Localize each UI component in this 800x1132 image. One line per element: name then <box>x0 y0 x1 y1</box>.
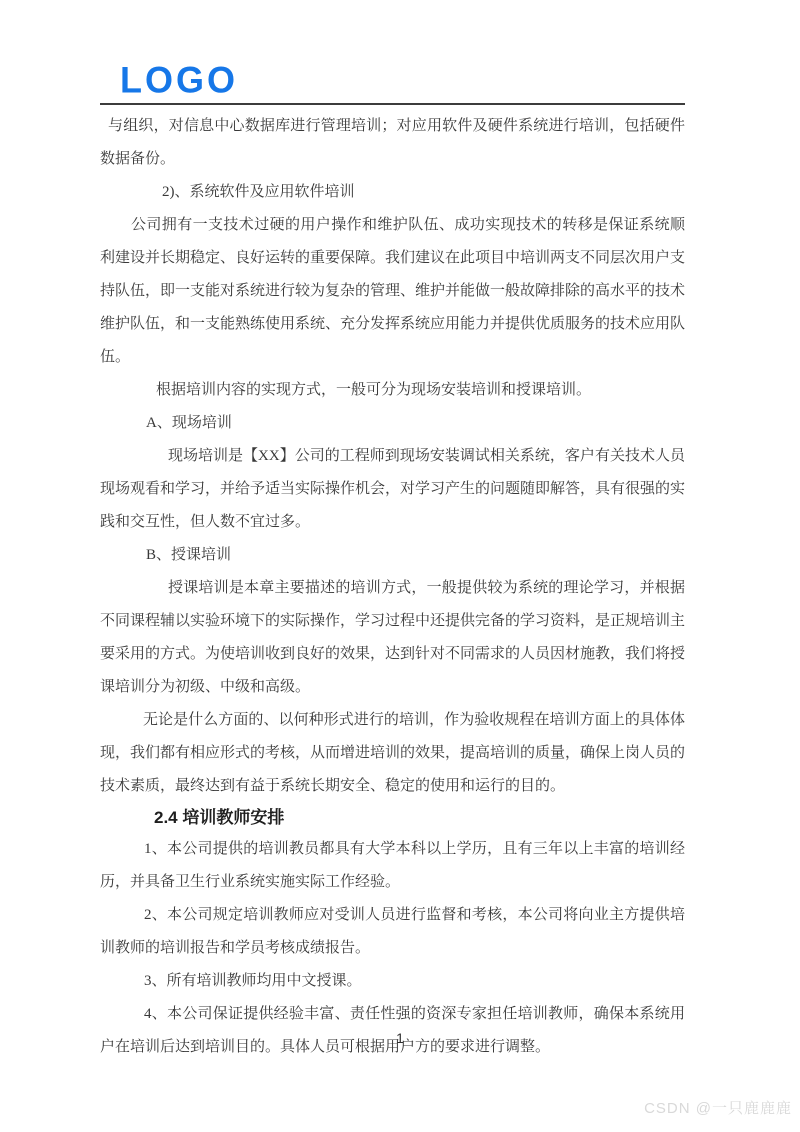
paragraph-company-team: 公司拥有一支技术过硬的用户操作和维护队伍、成功实现技术的转移是保证系统顺利建设并… <box>100 209 685 374</box>
page-header: LOGO <box>100 0 685 105</box>
page-number: 1 <box>0 1030 800 1046</box>
document-body: 与组织，对信息中心数据库进行管理培训；对应用软件及硬件系统进行培训，包括硬件数据… <box>100 110 685 1064</box>
subheading-lecture-training: B、授课培训 <box>100 539 685 572</box>
company-logo: LOGO <box>120 61 238 98</box>
list-item-3: 3、所有培训教师均用中文授课。 <box>100 965 685 998</box>
section-heading-teacher-arrangement: 2.4 培训教师安排 <box>100 803 685 833</box>
subheading-onsite-training: A、现场培训 <box>100 407 685 440</box>
paragraph-onsite-training: 现场培训是【XX】公司的工程师到现场安装调试相关系统，客户有关技术人员现场观看和… <box>100 440 685 539</box>
paragraph-continuation: 与组织，对信息中心数据库进行管理培训；对应用软件及硬件系统进行培训，包括硬件数据… <box>100 110 685 176</box>
paragraph-assessment: 无论是什么方面的、以何种形式进行的培训，作为验收规程在培训方面上的具体体现，我们… <box>100 704 685 803</box>
document-page: LOGO 与组织，对信息中心数据库进行管理培训；对应用软件及硬件系统进行培训，包… <box>100 0 685 1064</box>
list-item-2: 2、本公司规定培训教师应对受训人员进行监督和考核，本公司将向业主方提供培训教师的… <box>100 899 685 965</box>
heading-system-software-training: 2)、系统软件及应用软件培训 <box>100 176 685 209</box>
csdn-watermark: CSDN @一只鹿鹿鹿 <box>644 1097 792 1118</box>
list-item-1: 1、本公司提供的培训教员都具有大学本科以上学历，且有三年以上丰富的培训经历，并具… <box>100 833 685 899</box>
header-divider <box>100 103 685 105</box>
paragraph-training-methods: 根据培训内容的实现方式，一般可分为现场安装培训和授课培训。 <box>100 374 685 407</box>
paragraph-lecture-training: 授课培训是本章主要描述的培训方式，一般提供较为系统的理论学习，并根据不同课程辅以… <box>100 572 685 704</box>
